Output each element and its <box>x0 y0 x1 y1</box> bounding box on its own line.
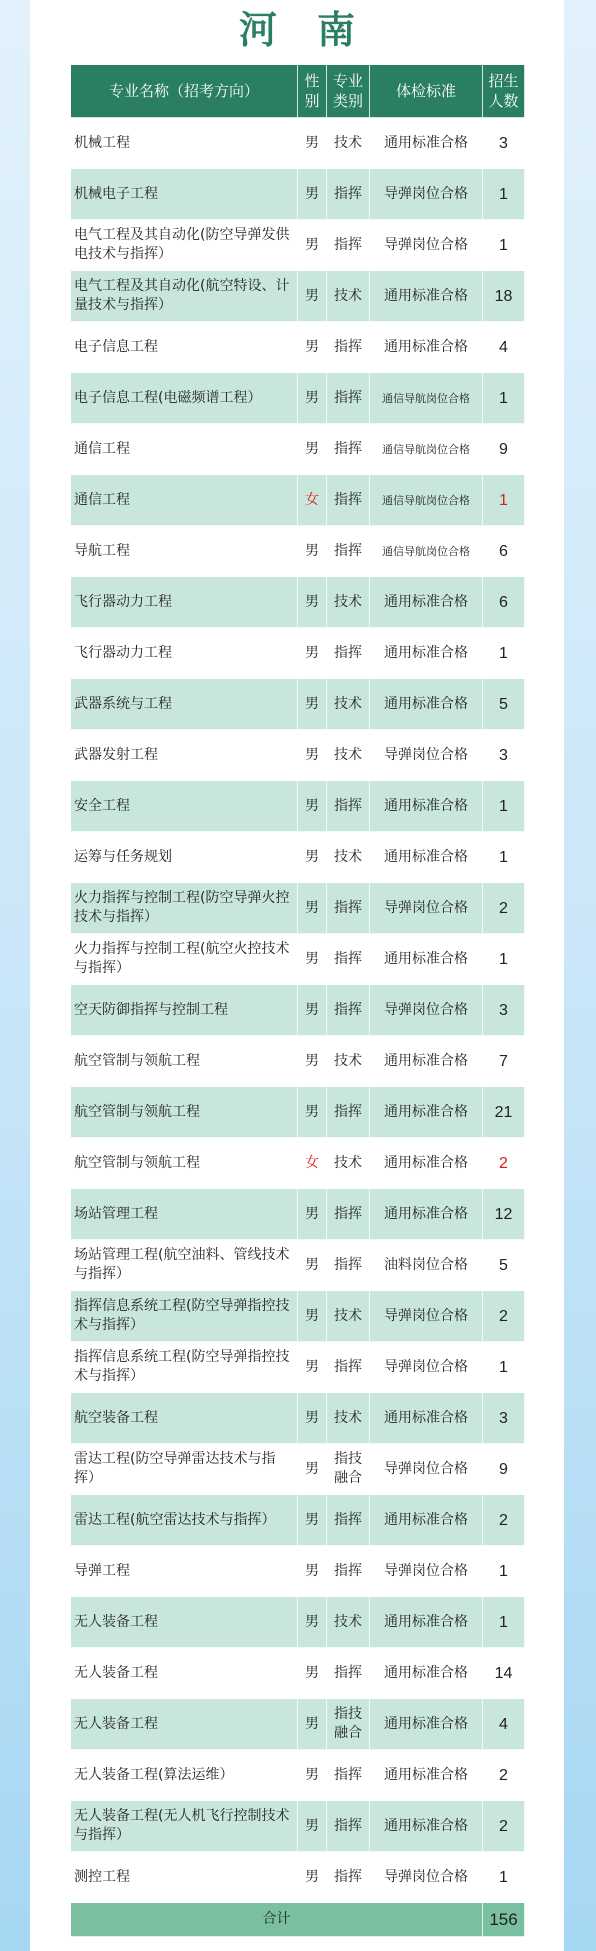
major-cell: 电子信息工程(电磁频谱工程） <box>71 373 298 424</box>
sex-cell: 男 <box>298 373 327 424</box>
table-row: 航空管制与领航工程男技术通用标准合格7 <box>71 1036 525 1087</box>
major-cell: 测控工程 <box>71 1852 298 1903</box>
physical-standard-cell: 通用标准合格 <box>370 1087 483 1138</box>
sex-cell: 男 <box>298 1546 327 1597</box>
major-cell: 导弹工程 <box>71 1546 298 1597</box>
quota-cell: 1 <box>483 220 525 271</box>
major-cell: 安全工程 <box>71 781 298 832</box>
major-cell: 指挥信息系统工程(防空导弹指控技术与指挥） <box>71 1291 298 1342</box>
major-cell: 运筹与任务规划 <box>71 832 298 883</box>
category-cell: 技术 <box>327 1393 370 1444</box>
quota-cell: 2 <box>483 1291 525 1342</box>
category-cell: 指挥 <box>327 1546 370 1597</box>
sex-cell: 男 <box>298 679 327 730</box>
table-row: 无人装备工程男指挥通用标准合格14 <box>71 1648 525 1699</box>
sex-cell: 男 <box>298 271 327 322</box>
sex-cell: 男 <box>298 1648 327 1699</box>
quota-cell: 1 <box>483 169 525 220</box>
major-cell: 雷达工程(航空雷达技术与指挥） <box>71 1495 298 1546</box>
category-cell: 技术 <box>327 1597 370 1648</box>
major-cell: 武器发射工程 <box>71 730 298 781</box>
sex-cell: 男 <box>298 1750 327 1801</box>
sex-cell: 男 <box>298 832 327 883</box>
quota-cell: 5 <box>483 679 525 730</box>
physical-standard-cell: 导弹岗位合格 <box>370 730 483 781</box>
page-title: 河南 <box>30 6 564 54</box>
category-cell: 指挥 <box>327 373 370 424</box>
sex-cell: 男 <box>298 526 327 577</box>
major-cell: 飞行器动力工程 <box>71 577 298 628</box>
quota-cell: 1 <box>483 1852 525 1903</box>
quota-cell: 7 <box>483 1036 525 1087</box>
sex-cell: 男 <box>298 934 327 985</box>
content-panel: 河南 专业名称（招考方向） 性别 专业类别 体检标准 招生人数 机械工程男技术通… <box>30 0 564 1951</box>
physical-standard-cell: 通用标准合格 <box>370 1801 483 1852</box>
quota-cell: 12 <box>483 1189 525 1240</box>
sex-cell: 男 <box>298 1393 327 1444</box>
quota-cell: 4 <box>483 322 525 373</box>
category-cell: 指挥 <box>327 526 370 577</box>
category-cell: 指挥 <box>327 1495 370 1546</box>
quota-cell: 3 <box>483 985 525 1036</box>
major-cell: 空天防御指挥与控制工程 <box>71 985 298 1036</box>
table-row: 通信工程女指挥通信导航岗位合格1 <box>71 475 525 526</box>
category-cell: 技术 <box>327 1036 370 1087</box>
category-cell: 指挥 <box>327 1648 370 1699</box>
sex-cell: 男 <box>298 1699 327 1750</box>
physical-standard-cell: 通用标准合格 <box>370 1189 483 1240</box>
table-row: 电子信息工程男指挥通用标准合格4 <box>71 322 525 373</box>
physical-standard-cell: 通用标准合格 <box>370 1036 483 1087</box>
physical-standard-cell: 通用标准合格 <box>370 322 483 373</box>
sex-cell: 男 <box>298 322 327 373</box>
major-cell: 武器系统与工程 <box>71 679 298 730</box>
category-cell: 技术 <box>327 271 370 322</box>
category-cell: 指挥 <box>327 169 370 220</box>
physical-standard-cell: 通用标准合格 <box>370 1597 483 1648</box>
category-cell: 技术 <box>327 1291 370 1342</box>
sex-cell: 男 <box>298 1597 327 1648</box>
quota-cell: 2 <box>483 1138 525 1189</box>
total-label: 合计 <box>71 1903 483 1937</box>
category-cell: 指挥 <box>327 628 370 679</box>
physical-standard-cell: 通用标准合格 <box>370 628 483 679</box>
quota-cell: 1 <box>483 1342 525 1393</box>
table-header-row: 专业名称（招考方向） 性别 专业类别 体检标准 招生人数 <box>71 65 525 118</box>
table-row: 机械工程男技术通用标准合格3 <box>71 118 525 169</box>
category-cell: 指挥 <box>327 1189 370 1240</box>
physical-standard-cell: 通用标准合格 <box>370 832 483 883</box>
physical-standard-cell: 通用标准合格 <box>370 271 483 322</box>
table-row: 无人装备工程男指技融合通用标准合格4 <box>71 1699 525 1750</box>
table-row: 空天防御指挥与控制工程男指挥导弹岗位合格3 <box>71 985 525 1036</box>
physical-standard-cell: 通用标准合格 <box>370 1495 483 1546</box>
table-row: 航空装备工程男技术通用标准合格3 <box>71 1393 525 1444</box>
physical-standard-cell: 导弹岗位合格 <box>370 169 483 220</box>
table-row: 测控工程男指挥导弹岗位合格1 <box>71 1852 525 1903</box>
major-cell: 无人装备工程 <box>71 1597 298 1648</box>
quota-cell: 3 <box>483 730 525 781</box>
quota-cell: 1 <box>483 781 525 832</box>
quota-cell: 5 <box>483 1240 525 1291</box>
physical-standard-cell: 通用标准合格 <box>370 934 483 985</box>
enrollment-table: 专业名称（招考方向） 性别 专业类别 体检标准 招生人数 机械工程男技术通用标准… <box>70 64 525 1937</box>
sex-cell: 男 <box>298 628 327 679</box>
sex-cell: 男 <box>298 1342 327 1393</box>
quota-cell: 18 <box>483 271 525 322</box>
physical-standard-cell: 油料岗位合格 <box>370 1240 483 1291</box>
table-row: 导弹工程男指挥导弹岗位合格1 <box>71 1546 525 1597</box>
table-row: 火力指挥与控制工程(防空导弹火控技术与指挥）男指挥导弹岗位合格2 <box>71 883 525 934</box>
major-cell: 航空管制与领航工程 <box>71 1087 298 1138</box>
major-cell: 通信工程 <box>71 475 298 526</box>
major-cell: 场站管理工程 <box>71 1189 298 1240</box>
sex-cell: 男 <box>298 730 327 781</box>
physical-standard-cell: 导弹岗位合格 <box>370 1291 483 1342</box>
quota-cell: 1 <box>483 1597 525 1648</box>
table-row: 飞行器动力工程男指挥通用标准合格1 <box>71 628 525 679</box>
major-cell: 通信工程 <box>71 424 298 475</box>
sex-cell: 男 <box>298 1291 327 1342</box>
physical-standard-cell: 导弹岗位合格 <box>370 1546 483 1597</box>
category-cell: 指技融合 <box>327 1699 370 1750</box>
major-cell: 无人装备工程 <box>71 1648 298 1699</box>
table-row: 指挥信息系统工程(防空导弹指控技术与指挥）男指挥导弹岗位合格1 <box>71 1342 525 1393</box>
table-row: 无人装备工程(无人机飞行控制技术与指挥）男指挥通用标准合格2 <box>71 1801 525 1852</box>
quota-cell: 2 <box>483 1495 525 1546</box>
category-cell: 指挥 <box>327 1801 370 1852</box>
category-cell: 技术 <box>327 832 370 883</box>
header-sex: 性别 <box>298 65 327 118</box>
table-row: 航空管制与领航工程女技术通用标准合格2 <box>71 1138 525 1189</box>
sex-cell: 男 <box>298 1444 327 1495</box>
table-row: 安全工程男指挥通用标准合格1 <box>71 781 525 832</box>
quota-cell: 1 <box>483 373 525 424</box>
category-cell: 指挥 <box>327 1087 370 1138</box>
table-row: 指挥信息系统工程(防空导弹指控技术与指挥）男技术导弹岗位合格2 <box>71 1291 525 1342</box>
physical-standard-cell: 通用标准合格 <box>370 679 483 730</box>
category-cell: 技术 <box>327 577 370 628</box>
major-cell: 火力指挥与控制工程(航空火控技术与指挥） <box>71 934 298 985</box>
quota-cell: 1 <box>483 934 525 985</box>
physical-standard-cell: 通用标准合格 <box>370 1648 483 1699</box>
major-cell: 无人装备工程(算法运维） <box>71 1750 298 1801</box>
physical-standard-cell: 通用标准合格 <box>370 1393 483 1444</box>
quota-cell: 2 <box>483 883 525 934</box>
sex-cell: 男 <box>298 985 327 1036</box>
quota-cell: 2 <box>483 1801 525 1852</box>
quota-cell: 14 <box>483 1648 525 1699</box>
table-row: 无人装备工程男技术通用标准合格1 <box>71 1597 525 1648</box>
physical-standard-cell: 通信导航岗位合格 <box>370 373 483 424</box>
sex-cell: 女 <box>298 475 327 526</box>
physical-standard-cell: 导弹岗位合格 <box>370 1342 483 1393</box>
header-major: 专业名称（招考方向） <box>71 65 298 118</box>
quota-cell: 9 <box>483 1444 525 1495</box>
major-cell: 航空管制与领航工程 <box>71 1138 298 1189</box>
major-cell: 无人装备工程 <box>71 1699 298 1750</box>
physical-standard-cell: 通用标准合格 <box>370 781 483 832</box>
major-cell: 火力指挥与控制工程(防空导弹火控技术与指挥） <box>71 883 298 934</box>
table-row: 运筹与任务规划男技术通用标准合格1 <box>71 832 525 883</box>
category-cell: 技术 <box>327 1138 370 1189</box>
quota-cell: 21 <box>483 1087 525 1138</box>
sex-cell: 男 <box>298 577 327 628</box>
sex-cell: 男 <box>298 1495 327 1546</box>
quota-cell: 2 <box>483 1750 525 1801</box>
physical-standard-cell: 导弹岗位合格 <box>370 220 483 271</box>
sex-cell: 男 <box>298 1801 327 1852</box>
table-row: 场站管理工程男指挥通用标准合格12 <box>71 1189 525 1240</box>
physical-standard-cell: 导弹岗位合格 <box>370 1444 483 1495</box>
quota-cell: 1 <box>483 1546 525 1597</box>
category-cell: 指挥 <box>327 1750 370 1801</box>
sex-cell: 男 <box>298 1852 327 1903</box>
total-row: 合计156 <box>71 1903 525 1937</box>
category-cell: 技术 <box>327 118 370 169</box>
physical-standard-cell: 通用标准合格 <box>370 577 483 628</box>
major-cell: 指挥信息系统工程(防空导弹指控技术与指挥） <box>71 1342 298 1393</box>
table-row: 导航工程男指挥通信导航岗位合格6 <box>71 526 525 577</box>
category-cell: 指挥 <box>327 220 370 271</box>
category-cell: 指挥 <box>327 781 370 832</box>
category-cell: 指技融合 <box>327 1444 370 1495</box>
total-value: 156 <box>483 1903 525 1937</box>
table-row: 电子信息工程(电磁频谱工程）男指挥通信导航岗位合格1 <box>71 373 525 424</box>
sex-cell: 男 <box>298 118 327 169</box>
major-cell: 电气工程及其自动化(航空特设、计量技术与指挥） <box>71 271 298 322</box>
major-cell: 电子信息工程 <box>71 322 298 373</box>
category-cell: 指挥 <box>327 475 370 526</box>
table-row: 电气工程及其自动化(防空导弹发供电技术与指挥）男指挥导弹岗位合格1 <box>71 220 525 271</box>
major-cell: 无人装备工程(无人机飞行控制技术与指挥） <box>71 1801 298 1852</box>
quota-cell: 1 <box>483 628 525 679</box>
major-cell: 雷达工程(防空导弹雷达技术与指挥） <box>71 1444 298 1495</box>
sex-cell: 女 <box>298 1138 327 1189</box>
header-category: 专业类别 <box>327 65 370 118</box>
physical-standard-cell: 通用标准合格 <box>370 1750 483 1801</box>
quota-cell: 3 <box>483 118 525 169</box>
physical-standard-cell: 通信导航岗位合格 <box>370 475 483 526</box>
sex-cell: 男 <box>298 1189 327 1240</box>
category-cell: 指挥 <box>327 1342 370 1393</box>
category-cell: 指挥 <box>327 322 370 373</box>
physical-standard-cell: 通用标准合格 <box>370 1138 483 1189</box>
physical-standard-cell: 通用标准合格 <box>370 118 483 169</box>
major-cell: 机械工程 <box>71 118 298 169</box>
quota-cell: 6 <box>483 577 525 628</box>
table-row: 飞行器动力工程男技术通用标准合格6 <box>71 577 525 628</box>
header-physical: 体检标准 <box>370 65 483 118</box>
quota-cell: 9 <box>483 424 525 475</box>
quota-cell: 3 <box>483 1393 525 1444</box>
category-cell: 技术 <box>327 679 370 730</box>
sex-cell: 男 <box>298 220 327 271</box>
physical-standard-cell: 通用标准合格 <box>370 1699 483 1750</box>
major-cell: 航空管制与领航工程 <box>71 1036 298 1087</box>
quota-cell: 1 <box>483 475 525 526</box>
sex-cell: 男 <box>298 1240 327 1291</box>
major-cell: 飞行器动力工程 <box>71 628 298 679</box>
table-row: 场站管理工程(航空油料、管线技术与指挥）男指挥油料岗位合格5 <box>71 1240 525 1291</box>
physical-standard-cell: 导弹岗位合格 <box>370 1852 483 1903</box>
table-row: 航空管制与领航工程男指挥通用标准合格21 <box>71 1087 525 1138</box>
sex-cell: 男 <box>298 781 327 832</box>
category-cell: 指挥 <box>327 985 370 1036</box>
quota-cell: 6 <box>483 526 525 577</box>
sex-cell: 男 <box>298 1036 327 1087</box>
table-row: 火力指挥与控制工程(航空火控技术与指挥）男指挥通用标准合格1 <box>71 934 525 985</box>
table-row: 无人装备工程(算法运维）男指挥通用标准合格2 <box>71 1750 525 1801</box>
category-cell: 技术 <box>327 730 370 781</box>
table-row: 武器发射工程男技术导弹岗位合格3 <box>71 730 525 781</box>
category-cell: 指挥 <box>327 424 370 475</box>
major-cell: 机械电子工程 <box>71 169 298 220</box>
table-row: 机械电子工程男指挥导弹岗位合格1 <box>71 169 525 220</box>
table-row: 电气工程及其自动化(航空特设、计量技术与指挥）男技术通用标准合格18 <box>71 271 525 322</box>
physical-standard-cell: 通信导航岗位合格 <box>370 526 483 577</box>
major-cell: 场站管理工程(航空油料、管线技术与指挥） <box>71 1240 298 1291</box>
quota-cell: 1 <box>483 832 525 883</box>
major-cell: 电气工程及其自动化(防空导弹发供电技术与指挥） <box>71 220 298 271</box>
sex-cell: 男 <box>298 424 327 475</box>
quota-cell: 4 <box>483 1699 525 1750</box>
major-cell: 航空装备工程 <box>71 1393 298 1444</box>
sex-cell: 男 <box>298 883 327 934</box>
table-row: 雷达工程(航空雷达技术与指挥）男指挥通用标准合格2 <box>71 1495 525 1546</box>
category-cell: 指挥 <box>327 934 370 985</box>
table-row: 武器系统与工程男技术通用标准合格5 <box>71 679 525 730</box>
table-row: 通信工程男指挥通信导航岗位合格9 <box>71 424 525 475</box>
category-cell: 指挥 <box>327 883 370 934</box>
major-cell: 导航工程 <box>71 526 298 577</box>
physical-standard-cell: 通信导航岗位合格 <box>370 424 483 475</box>
header-quota: 招生人数 <box>483 65 525 118</box>
physical-standard-cell: 导弹岗位合格 <box>370 985 483 1036</box>
category-cell: 指挥 <box>327 1240 370 1291</box>
sex-cell: 男 <box>298 169 327 220</box>
category-cell: 指挥 <box>327 1852 370 1903</box>
physical-standard-cell: 导弹岗位合格 <box>370 883 483 934</box>
table-row: 雷达工程(防空导弹雷达技术与指挥）男指技融合导弹岗位合格9 <box>71 1444 525 1495</box>
sex-cell: 男 <box>298 1087 327 1138</box>
